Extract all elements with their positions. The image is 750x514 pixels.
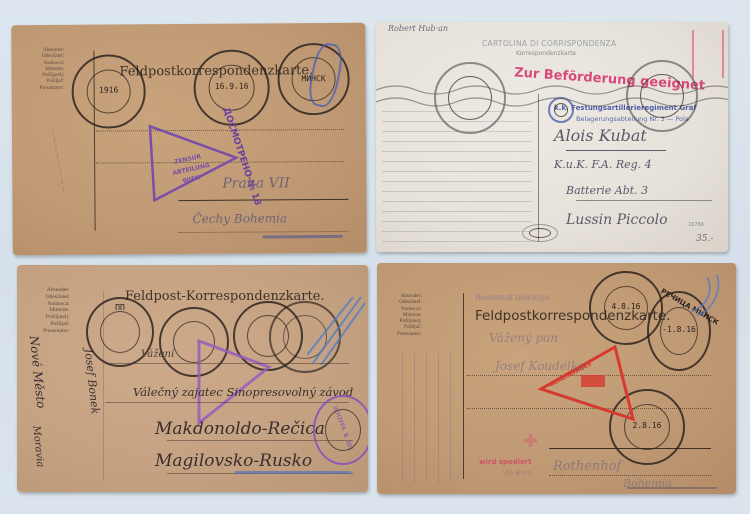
price-note: 35.-	[696, 234, 713, 244]
red-note-line-2: via Bern	[503, 469, 532, 477]
card-title: CARTOLINA DI CORRISPONDENZA	[482, 39, 616, 48]
address-handwriting: Vážení	[141, 349, 174, 360]
postcard-2: CARTOLINA DI CORRISPONDENZA Korresponden…	[376, 22, 728, 252]
address-line	[576, 200, 712, 201]
postmark: 1916	[71, 54, 146, 129]
postcard-3: Absender: Odesilatel: Nadawca: Mittente:…	[17, 265, 368, 492]
card-subtitle: Korrespondenzkarte	[516, 50, 576, 57]
sender-labels: Absender: Odesilatel: Nadawca: Mittente:…	[39, 47, 64, 91]
sender-handwriting: ~~~~~~~~	[46, 126, 69, 194]
blue-pencil-underline	[263, 235, 343, 239]
address-handwriting: Batterie Abt. 3	[566, 184, 648, 197]
address-line	[179, 231, 349, 233]
sender-labels: Absender: Odesilatel: Nadawca: Mittente:…	[43, 287, 70, 335]
faint-header: Военный цензоръ	[475, 293, 550, 302]
divider-line	[538, 94, 539, 242]
address-handwriting: Praha VII	[222, 175, 290, 191]
blue-pencil-mark	[687, 273, 723, 317]
address-handwriting: Lussin Piccolo	[566, 212, 668, 228]
address-line	[105, 363, 349, 364]
address-handwriting: Válečný zajatec Sinopresovolný závod	[133, 385, 353, 399]
address-line	[105, 402, 349, 403]
violet-censor-triangle	[195, 337, 275, 427]
postcard-4: Absender: Odesilatel: Nadawca: Mittente:…	[377, 263, 736, 494]
pencil-underline	[627, 487, 717, 489]
address-line	[566, 150, 666, 151]
address-handwriting: Rothenhof	[553, 459, 621, 474]
message-handwriting	[382, 102, 532, 242]
pink-signature	[692, 30, 724, 78]
postcard-1: Absender: Odesilatel: Nadawca: Mittente:…	[11, 23, 367, 255]
message-handwriting	[391, 353, 459, 483]
address-handwriting: Čechy Bohemia	[193, 211, 288, 226]
message-handwriting: Robert Hub·an	[388, 24, 448, 33]
address-handwriting: Alois Kubat	[554, 126, 647, 145]
address-handwriting: K.u.K. F.A. Reg. 4	[554, 158, 652, 171]
card-number: 16786	[688, 222, 704, 228]
red-note-line-1: wird spediert	[479, 458, 532, 466]
sender-handwriting: Nové Město	[27, 335, 49, 409]
address-handwriting: Vážený pan	[489, 331, 558, 345]
address-handwriting: Makdonoldo-Rečica	[155, 419, 325, 439]
address-handwriting: Josef Koudelka	[495, 359, 585, 373]
divider-line	[463, 293, 464, 479]
violet-round-censor: ЦЕНЗУРА № 301	[313, 395, 368, 465]
address-handwriting: Magilovsko-Rusko	[155, 451, 312, 471]
red-cross-icon: ✚	[523, 431, 538, 452]
address-line	[549, 475, 711, 476]
blue-pencil-underline	[235, 471, 351, 474]
sender-labels: Absender: Odesilatel: Nadawca: Mittente:…	[397, 293, 422, 337]
sender-handwriting: Moravia	[30, 425, 45, 468]
blue-pencil-marks	[307, 295, 367, 365]
